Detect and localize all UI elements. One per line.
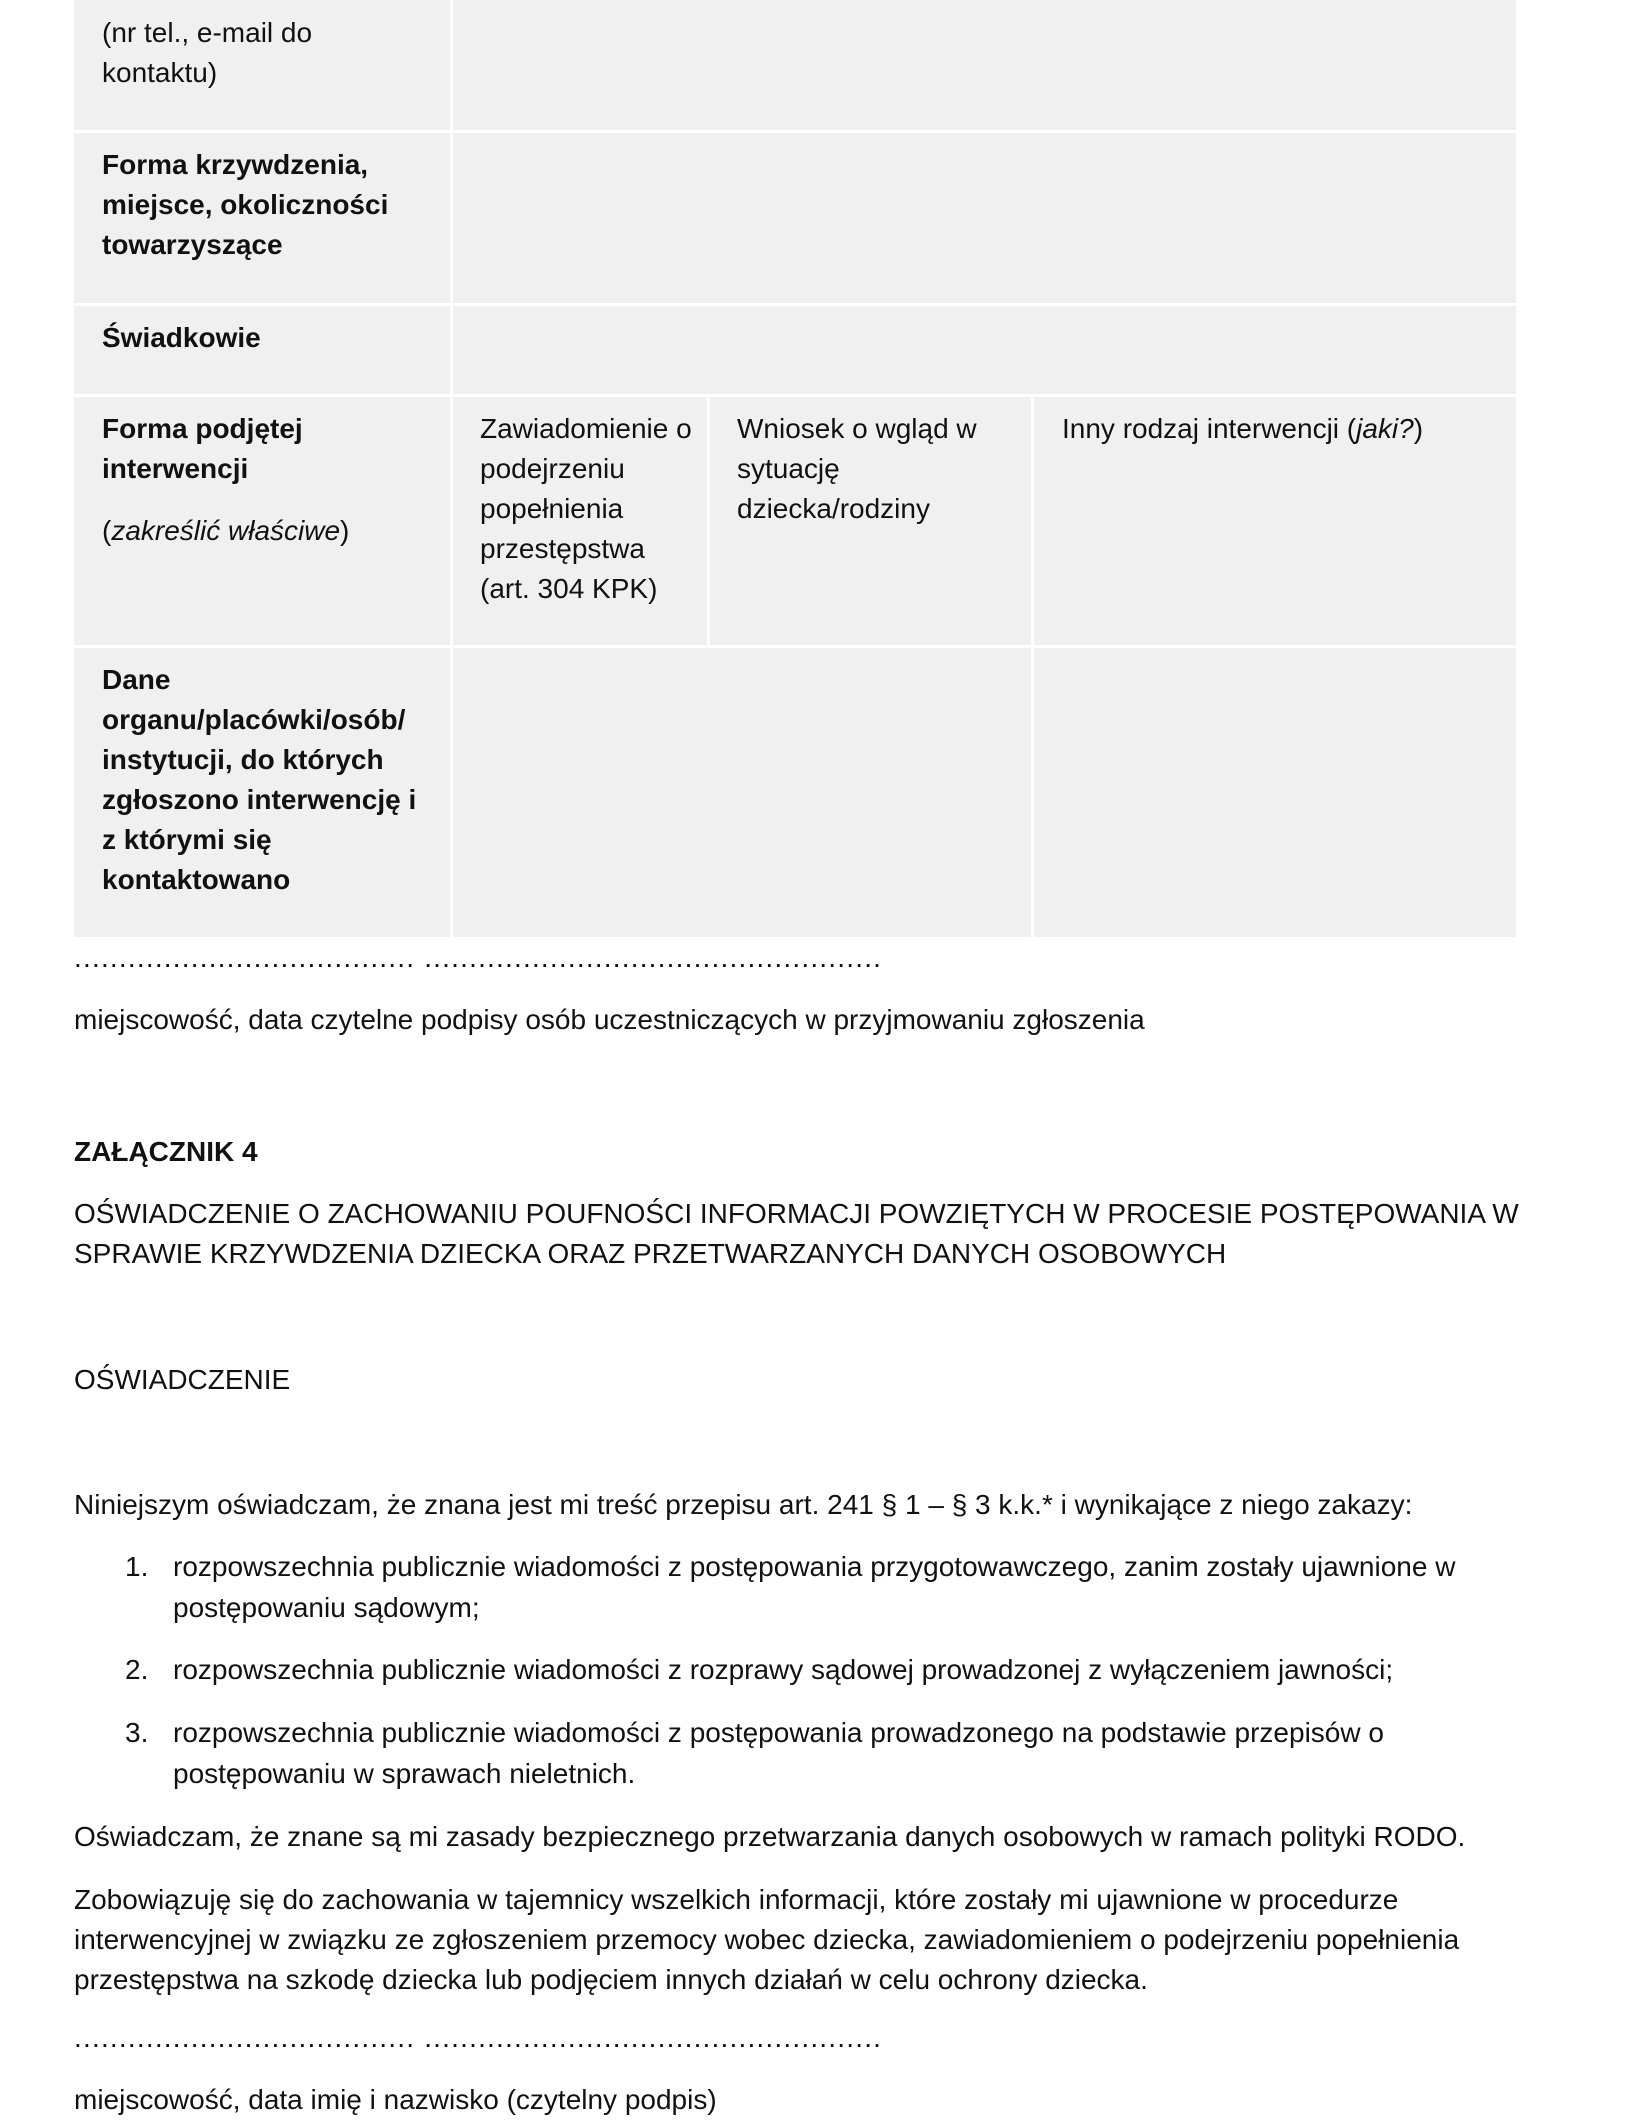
option-review-request[interactable]: Wniosek o wgląd w sytuację dziecka/rodzi…	[737, 409, 1007, 529]
list-text: rozpowszechnia publicznie wiadomości z p…	[173, 1712, 1563, 1794]
intervention-form-note: (zakreślić właściwe)	[102, 511, 450, 551]
harm-form-label: Forma krzywdzenia, miejsce, okoliczności…	[102, 145, 422, 265]
intervention-form-label: Forma podjętej interwencji	[102, 409, 342, 489]
institutions-extra-cell[interactable]	[1034, 648, 1516, 937]
annex-heading-line1: OŚWIADCZENIE O ZACHOWANIU POUFNOŚCI INFO…	[74, 1194, 1519, 1234]
commitment-line3: przestępstwa na szkodę dziecka lub podję…	[74, 1960, 1148, 2000]
annex-heading-line2: SPRAWIE KRZYWDZENIA DZIECKA ORAZ PRZETWA…	[74, 1234, 1226, 1274]
list-text: rozpowszechnia publicznie wiadomości z p…	[173, 1546, 1563, 1628]
harm-form-value-cell[interactable]	[453, 133, 1516, 303]
option-other-cell[interactable]: Inny rodzaj interwencji (jaki?)	[1034, 397, 1516, 645]
list-number: 2.	[125, 1649, 148, 1690]
signature-dots-2: ...................................... .…	[74, 2022, 882, 2054]
option-review-request-cell[interactable]: Wniosek o wgląd w sytuację dziecka/rodzi…	[710, 397, 1031, 645]
option-other[interactable]: Inny rodzaj interwencji (jaki?)	[1062, 409, 1516, 449]
intervention-form-label-cell: Forma podjętej interwencji (zakreślić wł…	[74, 397, 450, 645]
signature-caption-1: miejscowość, data czytelne podpisy osób …	[74, 1000, 1145, 1040]
institutions-label: Dane organu/placówki/osób/ instytucji, d…	[102, 660, 432, 900]
rodo-statement: Oświadczam, że znane są mi zasady bezpie…	[74, 1817, 1465, 1857]
list-item: 3. rozpowszechnia publicznie wiadomości …	[125, 1712, 1563, 1794]
option-notification-cell[interactable]: Zawiadomienie o podejrzeniu popełnienia …	[453, 397, 707, 645]
option-notification[interactable]: Zawiadomienie o podejrzeniu popełnienia …	[480, 409, 695, 609]
contact-label-cell: (nr tel., e-mail do kontaktu)	[74, 0, 450, 130]
institutions-label-cell: Dane organu/placówki/osób/ instytucji, d…	[74, 648, 450, 937]
list-number: 3.	[125, 1712, 148, 1753]
statement-intro: Niniejszym oświadczam, że znana jest mi …	[74, 1485, 1412, 1525]
annex-title: ZAŁĄCZNIK 4	[74, 1132, 258, 1172]
list-text: rozpowszechnia publicznie wiadomości z r…	[173, 1649, 1563, 1690]
list-number: 1.	[125, 1546, 148, 1587]
signature-caption-2: miejscowość, data imię i nazwisko (czyte…	[74, 2080, 717, 2120]
institutions-value-cell[interactable]	[453, 648, 1031, 937]
signature-dots-1: ...................................... .…	[74, 942, 882, 974]
harm-form-label-cell: Forma krzywdzenia, miejsce, okoliczności…	[74, 133, 450, 303]
list-item: 1. rozpowszechnia publicznie wiadomości …	[125, 1546, 1563, 1628]
statement-subheading: OŚWIADCZENIE	[74, 1360, 290, 1400]
contact-value-cell[interactable]	[453, 0, 1516, 130]
list-item: 2. rozpowszechnia publicznie wiadomości …	[125, 1649, 1563, 1690]
contact-label: (nr tel., e-mail do kontaktu)	[102, 13, 402, 93]
commitment-line1: Zobowiązuję się do zachowania w tajemnic…	[74, 1880, 1398, 1920]
witnesses-label-cell: Świadkowie	[74, 306, 450, 394]
witnesses-label: Świadkowie	[102, 318, 450, 358]
witnesses-value-cell[interactable]	[453, 306, 1516, 394]
commitment-line2: interwencyjnej w związku ze zgłoszeniem …	[74, 1920, 1459, 1960]
